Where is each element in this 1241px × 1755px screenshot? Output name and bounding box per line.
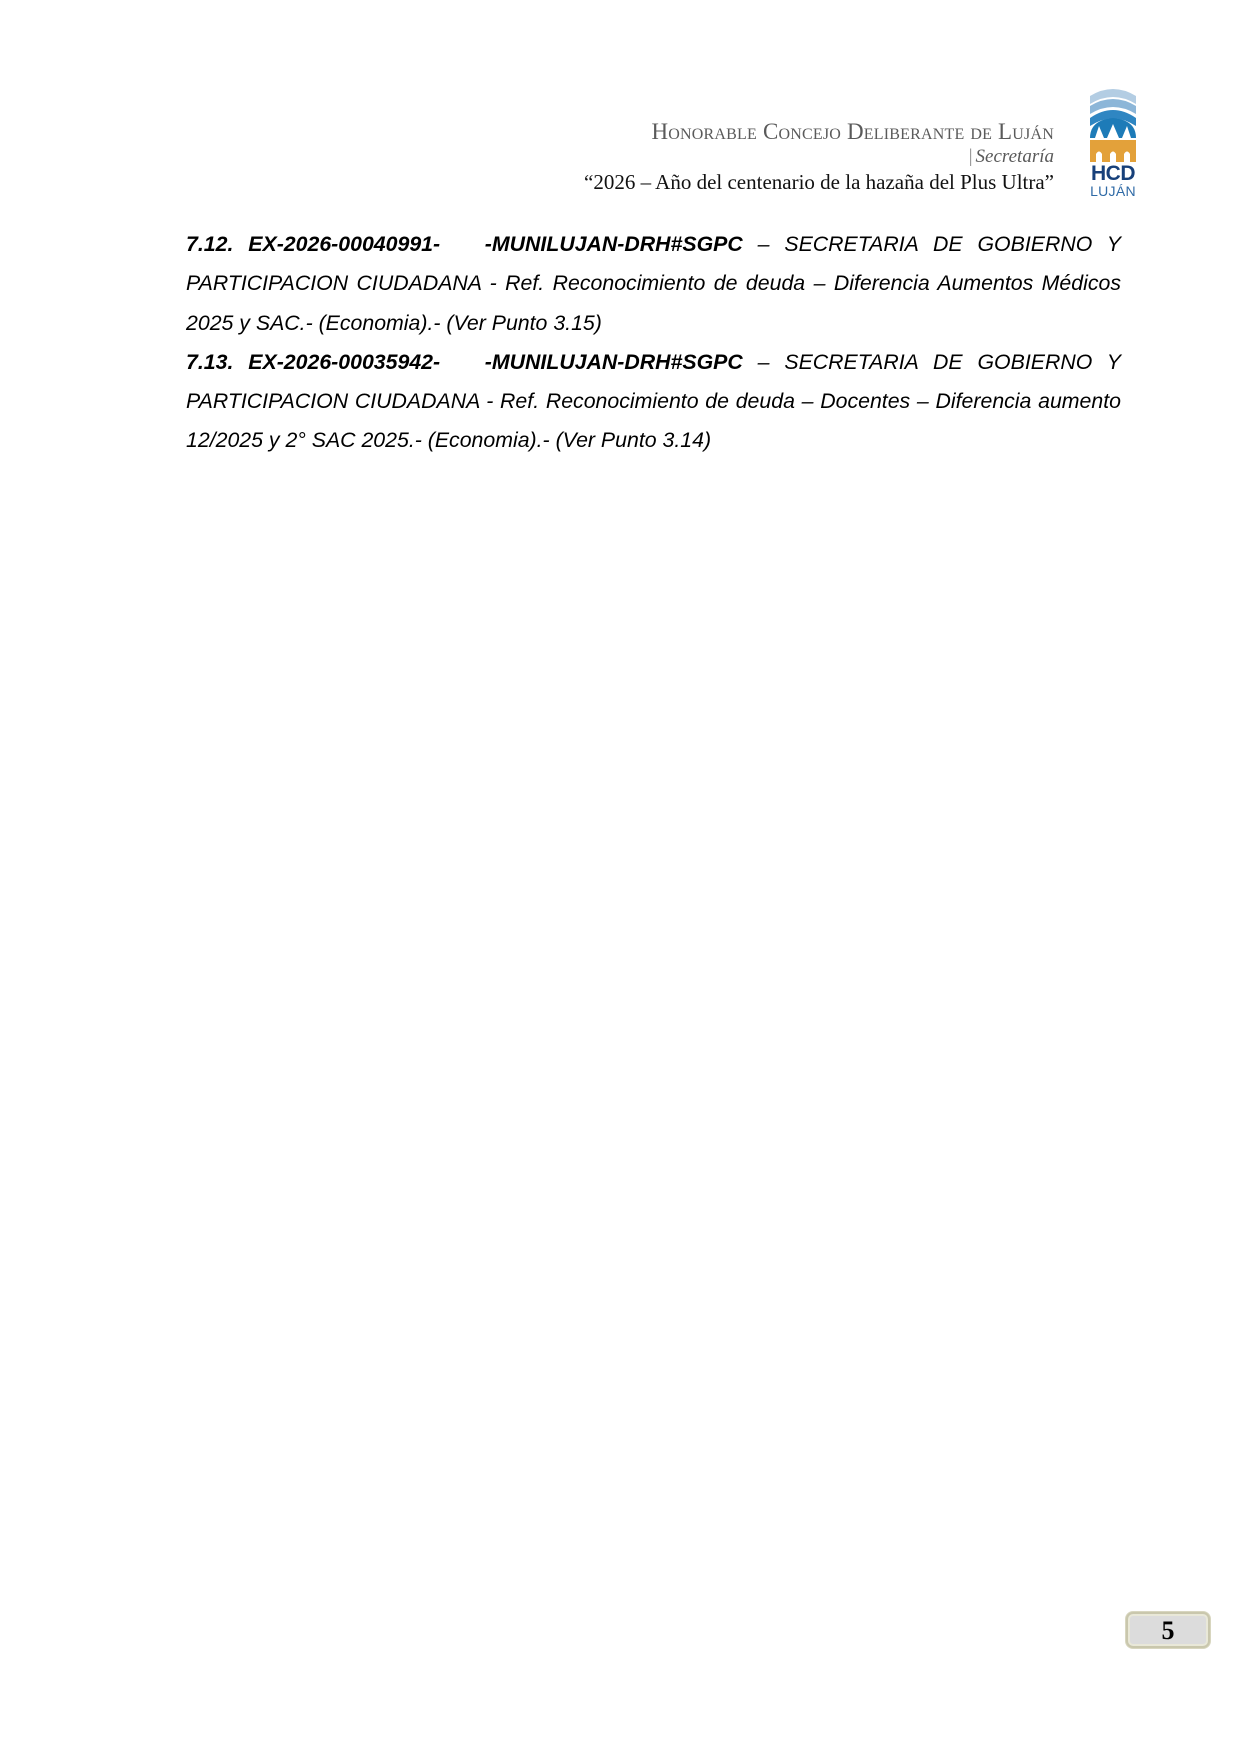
department-line: |Secretaría — [584, 146, 1054, 168]
institution-name: Honorable Concejo Deliberante de Luján — [584, 118, 1054, 146]
year-motto: “2026 – Año del centenario de la hazaña … — [584, 169, 1054, 195]
agenda-item-7-13: 7.13. EX-2026-00035942- -MUNILUJAN-DRH#S… — [186, 343, 1121, 461]
page-number-badge: 5 — [1126, 1612, 1210, 1648]
document-body: 7.12. EX-2026-00040991- -MUNILUJAN-DRH#S… — [186, 225, 1121, 461]
item-number: 7.13. — [186, 350, 233, 374]
hcd-lujan-logo: HCD LUJÁN — [1086, 86, 1140, 202]
logo-acronym: HCD — [1086, 164, 1140, 184]
expediente-number: EX-2026-00035942- -MUNILUJAN-DRH#SGPC — [248, 350, 742, 374]
item-number: 7.12. — [186, 232, 233, 256]
cathedral-arcs-icon — [1086, 86, 1140, 166]
document-header: Honorable Concejo Deliberante de Luján |… — [584, 118, 1054, 195]
department-name: Secretaría — [976, 146, 1054, 167]
agenda-item-7-12: 7.12. EX-2026-00040991- -MUNILUJAN-DRH#S… — [186, 225, 1121, 343]
expediente-number: EX-2026-00040991- -MUNILUJAN-DRH#SGPC — [248, 232, 742, 256]
separator: | — [969, 146, 973, 167]
logo-city: LUJÁN — [1086, 184, 1140, 198]
